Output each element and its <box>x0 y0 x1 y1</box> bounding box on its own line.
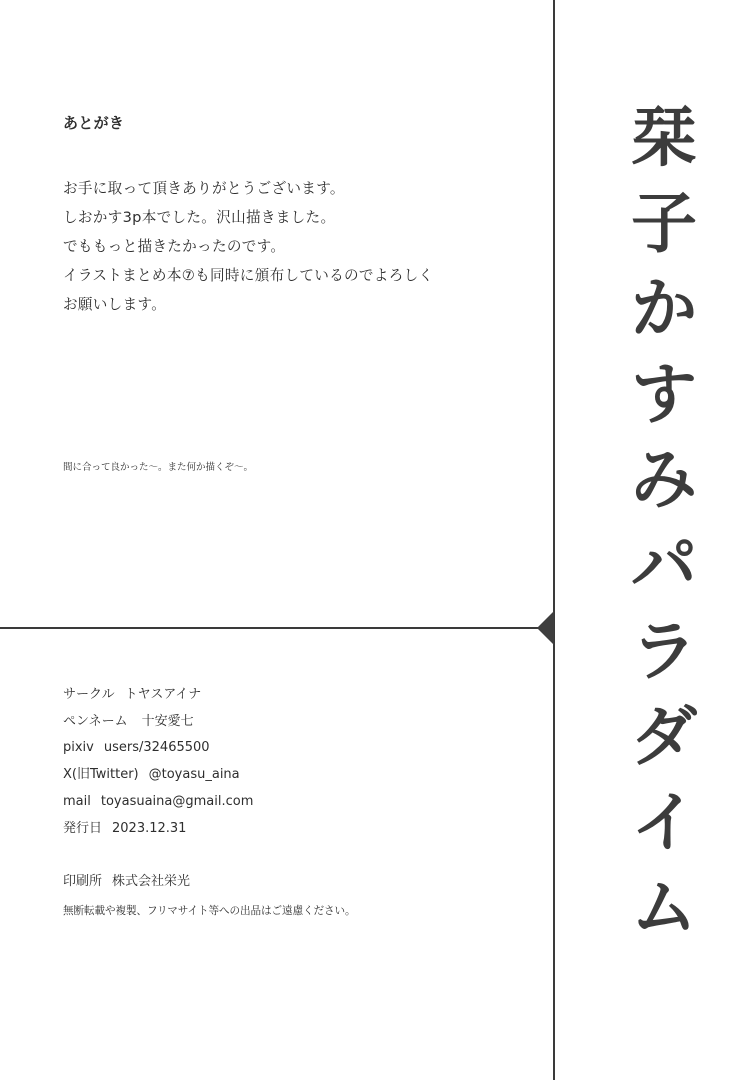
vertical-title: 栞 子 か す み パ ラ ダ イ ム <box>620 95 708 951</box>
credit-label: pixiv <box>63 735 94 762</box>
credit-value: @toyasu_aina <box>149 762 240 789</box>
credit-row-pixiv: pixiv users/32465500 <box>63 735 533 762</box>
credit-row-printer: 印刷所 株式会社栄光 <box>63 869 533 896</box>
afterword-line: お願いします。 <box>63 290 533 319</box>
afterword-section: あとがき お手に取って頂きありがとうございます。 しおかす3p本でした。沢山描き… <box>63 112 533 319</box>
title-char: ラ <box>620 609 708 695</box>
credit-value: 株式会社栄光 <box>112 869 190 896</box>
afterword-line: お手に取って頂きありがとうございます。 <box>63 174 533 203</box>
triangle-marker-icon <box>537 611 554 645</box>
credit-label: 印刷所 <box>63 869 102 896</box>
title-char: イ <box>620 780 708 866</box>
credit-row-x: X(旧Twitter) @toyasu_aina <box>63 762 533 789</box>
vertical-divider <box>553 0 555 1080</box>
credit-value: 十安愛七 <box>142 709 194 736</box>
credit-value: toyasuaina@gmail.com <box>101 789 254 816</box>
afterword-note: 間に合って良かった～。また何か描くぞ～。 <box>63 461 253 475</box>
horizontal-divider <box>0 627 538 629</box>
title-char: 子 <box>620 181 708 267</box>
disclaimer-text: 無断転載や複製、フリマサイト等への出品はご遠慮ください。 <box>63 902 533 920</box>
credit-value: 2023.12.31 <box>112 816 186 843</box>
title-char: パ <box>620 523 708 609</box>
credit-label: ペンネーム <box>63 709 128 736</box>
colophon-page: あとがき お手に取って頂きありがとうございます。 しおかす3p本でした。沢山描き… <box>0 0 749 1080</box>
title-char: み <box>620 437 708 523</box>
credit-label: mail <box>63 789 91 816</box>
credit-row-date: 発行日 2023.12.31 <box>63 816 533 843</box>
afterword-line: でももっと描きたかったのです。 <box>63 232 533 261</box>
credit-label: 発行日 <box>63 816 102 843</box>
credit-label: サークル <box>63 682 115 709</box>
credit-value: トヤスアイナ <box>125 682 202 709</box>
title-char: ダ <box>620 694 708 780</box>
credit-label: X(旧Twitter) <box>63 762 139 789</box>
afterword-heading: あとがき <box>63 112 533 134</box>
credit-value: users/32465500 <box>104 735 210 762</box>
credit-row-mail: mail toyasuaina@gmail.com <box>63 789 533 816</box>
title-char: す <box>620 352 708 438</box>
afterword-body: お手に取って頂きありがとうございます。 しおかす3p本でした。沢山描きました。 … <box>63 174 533 319</box>
title-char: 栞 <box>620 95 708 181</box>
credits-section: サークル トヤスアイナ ペンネーム 十安愛七 pixiv users/32465… <box>63 682 533 920</box>
afterword-line: しおかす3p本でした。沢山描きました。 <box>63 203 533 232</box>
credit-row-penname: ペンネーム 十安愛七 <box>63 709 533 736</box>
afterword-line: イラストまとめ本⑦も同時に頒布しているのでよろしく <box>63 261 533 290</box>
title-char: ム <box>620 865 708 951</box>
credit-row-circle: サークル トヤスアイナ <box>63 682 533 709</box>
title-char: か <box>620 266 708 352</box>
